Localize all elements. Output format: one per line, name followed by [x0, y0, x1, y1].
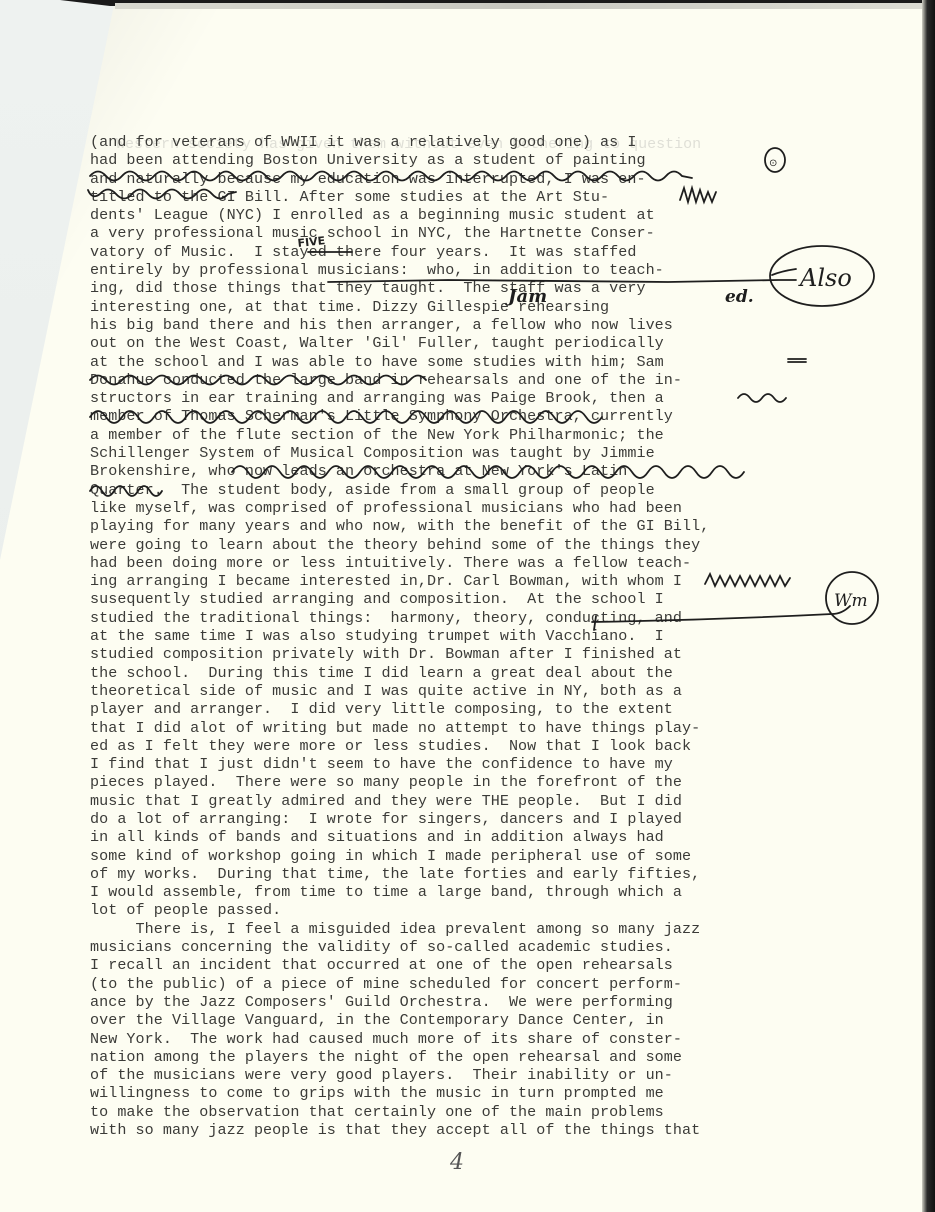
text-line: that I did alot of writing but made no a…	[90, 719, 709, 737]
text-line: I would assemble, from time to time a la…	[90, 883, 709, 901]
text-line: some kind of workshop going in which I m…	[90, 847, 709, 865]
page-number: 4	[450, 1150, 464, 1175]
text-line: musicians concerning the validity of so-…	[90, 938, 709, 956]
text-line: his big band there and his then arranger…	[90, 316, 709, 334]
text-line: over the Village Vanguard, in the Contem…	[90, 1011, 709, 1029]
text-line: susequently studied arranging and compos…	[90, 590, 709, 608]
text-line: of my works. During that time, the late …	[90, 865, 709, 883]
text-line: interesting one, at that time. Dizzy Gil…	[90, 298, 709, 316]
text-line: titled to the GI Bill. After some studie…	[90, 188, 709, 206]
text-line: Brokenshire, who now leads an orchestra …	[90, 462, 709, 480]
text-line: There is, I feel a misguided idea preval…	[90, 920, 709, 938]
text-line: ing arranging I became interested in,Dr.…	[90, 572, 709, 590]
text-line: a member of the flute section of the New…	[90, 426, 709, 444]
text-line: Donahue conducted the large band in rehe…	[90, 371, 709, 389]
text-line: had been attending Boston University as …	[90, 151, 709, 169]
text-line: structors in ear training and arranging …	[90, 389, 709, 407]
text-line: at the school and I was able to have som…	[90, 353, 709, 371]
text-line: and naturally because my education was i…	[90, 170, 709, 188]
text-line: had been doing more or less intuitively.…	[90, 554, 709, 572]
text-line: (and for veterans of WWII it was a relat…	[90, 133, 709, 151]
text-line: theoretical side of music and I was quit…	[90, 682, 709, 700]
text-line: music that I greatly admired and they we…	[90, 792, 709, 810]
text-line: do a lot of arranging: I wrote for singe…	[90, 810, 709, 828]
text-line: of the musicians were very good players.…	[90, 1066, 709, 1084]
text-line: (to the public) of a piece of mine sched…	[90, 975, 709, 993]
page-underlay-edge	[115, 3, 922, 9]
text-line: to make the observation that certainly o…	[90, 1103, 709, 1121]
text-line: studied the traditional things: harmony,…	[90, 609, 709, 627]
text-line: playing for many years and who now, with…	[90, 517, 709, 535]
text-line: with so many jazz people is that they ac…	[90, 1121, 709, 1139]
text-line: pieces played. There were so many people…	[90, 773, 709, 791]
text-line: ing, did those things that they taught. …	[90, 279, 709, 297]
text-line: dents' League (NYC) I enrolled as a begi…	[90, 206, 709, 224]
text-line: studied composition privately with Dr. B…	[90, 645, 709, 663]
text-line: the school. During this time I did learn…	[90, 664, 709, 682]
text-line: at the same time I was also studying tru…	[90, 627, 709, 645]
text-line: I recall an incident that occurred at on…	[90, 956, 709, 974]
page-right-edge	[922, 0, 935, 1212]
text-line: nation among the players the night of th…	[90, 1048, 709, 1066]
text-line: I find that I just didn't seem to have t…	[90, 755, 709, 773]
text-line: willingness to come to grips with the mu…	[90, 1084, 709, 1102]
text-line: vatory of Music. I stayed there four yea…	[90, 243, 709, 261]
text-line: entirely by professional musicians: who,…	[90, 261, 709, 279]
text-line: like myself, was comprised of profession…	[90, 499, 709, 517]
text-line: Quarter. The student body, aside from a …	[90, 481, 709, 499]
text-line: in all kinds of bands and situations and…	[90, 828, 709, 846]
text-line: Schillenger System of Musical Compositio…	[90, 444, 709, 462]
text-line: ance by the Jazz Composers' Guild Orches…	[90, 993, 709, 1011]
text-line: New York. The work had caused much more …	[90, 1030, 709, 1048]
text-line: member of Thomas Scherman's Little Symph…	[90, 407, 709, 425]
text-line: were going to learn about the theory beh…	[90, 536, 709, 554]
text-line: a very professional music school in NYC,…	[90, 224, 709, 242]
text-line: player and arranger. I did very little c…	[90, 700, 709, 718]
text-line: lot of people passed.	[90, 901, 709, 919]
text-line: ed as I felt they were more or less stud…	[90, 737, 709, 755]
text-line: out on the West Coast, Walter 'Gil' Full…	[90, 334, 709, 352]
document-body: (and for veterans of WWII it was a relat…	[90, 133, 709, 1139]
